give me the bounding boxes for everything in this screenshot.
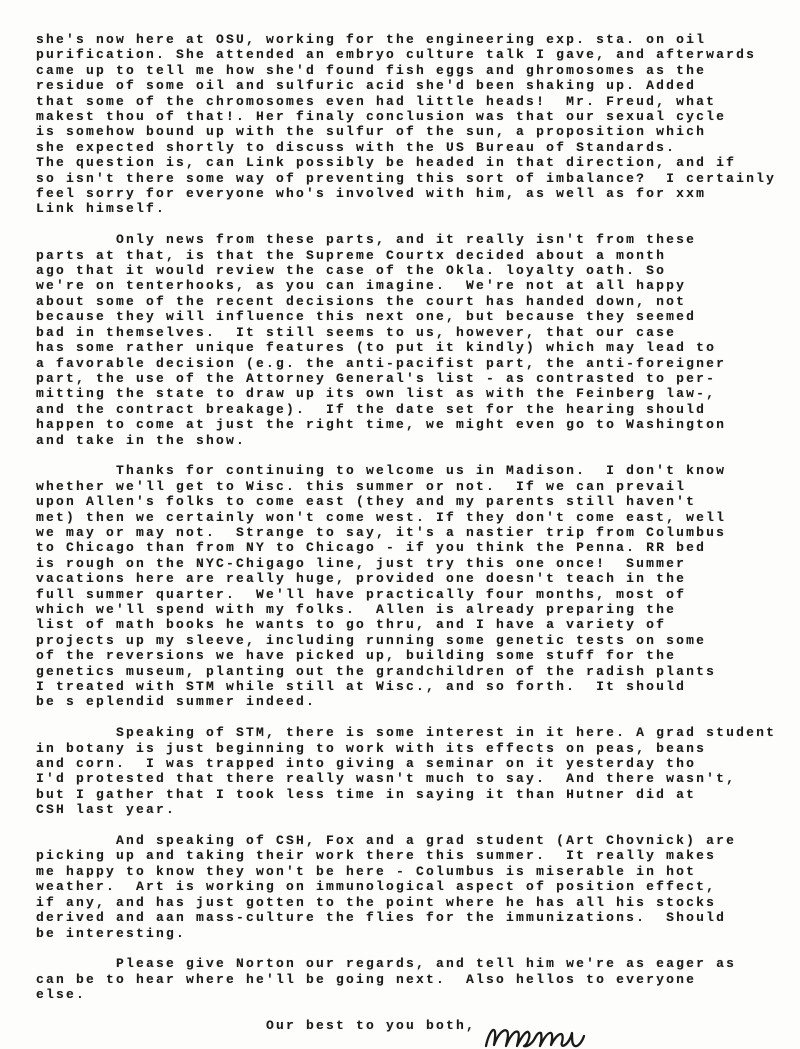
signature-handwriting-icon <box>482 1016 592 1049</box>
paragraph: And speaking of CSH, Fox and a grad stud… <box>36 833 772 941</box>
paragraph: Only news from these parts, and it reall… <box>36 232 772 448</box>
paragraph: Please give Norton our regards, and tell… <box>36 956 772 1002</box>
closing-row: Our best to you both, <box>266 1018 772 1049</box>
letter-body: she's now here at OSU, working for the e… <box>36 32 772 1003</box>
closing-line: Our best to you both, <box>266 1018 476 1033</box>
letter-page: she's now here at OSU, working for the e… <box>0 0 800 1049</box>
paragraph: Speaking of STM, there is some interest … <box>36 725 772 817</box>
paragraph: Thanks for continuing to welcome us in M… <box>36 463 772 710</box>
paragraph: she's now here at OSU, working for the e… <box>36 32 772 217</box>
